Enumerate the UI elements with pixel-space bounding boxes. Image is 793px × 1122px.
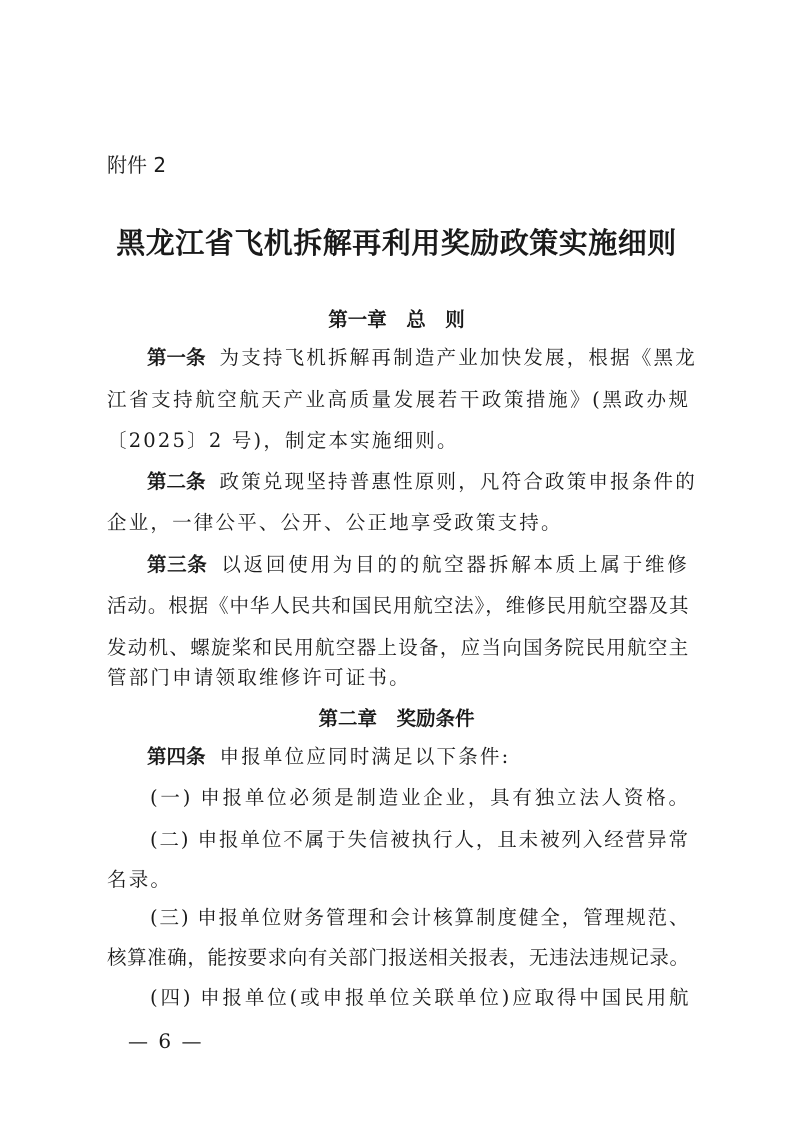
article-label: 第二条 [147, 470, 206, 493]
article-first-line: 第三条以返回使用为目的的航空器拆解本质上属于维修 [147, 553, 689, 577]
article-text: 以返回使用为目的的航空器拆解本质上属于维修 [221, 553, 689, 576]
article-label: 第四条 [147, 745, 206, 768]
article-line: 活动。根据《中华人民共和国民用航空法》，维修民用航空器及其 [107, 594, 689, 618]
article-line: 江省支持航空航天产业高质量发展若干政策措施》(黑政办规 [107, 388, 689, 412]
article-text: 政策兑现坚持普惠性原则，凡符合政策申报条件的 [220, 470, 697, 493]
article-first-line: 第二条政策兑现坚持普惠性原则，凡符合政策申报条件的 [147, 470, 689, 494]
condition-item-continued: 名录。 [107, 868, 689, 892]
article-text: 申报单位应同时满足以下条件: [220, 745, 511, 768]
article-line: 〔2025〕2 号)，制定本实施细则。 [107, 429, 689, 453]
article-line: 企业，一律公平、公开、公正地享受政策支持。 [107, 511, 689, 535]
condition-item: (一) 申报单位必须是制造业企业，具有独立法人资格。 [150, 786, 689, 810]
document-title: 黑龙江省飞机拆解再利用奖励政策实施细则 [0, 224, 793, 262]
article-first-line: 第一条为支持飞机拆解再制造产业加快发展，根据《黑龙 [147, 346, 689, 370]
condition-item: (二) 申报单位不属于失信被执行人，且未被列入经营异常 [150, 828, 689, 852]
article-line: 发动机、螺旋桨和民用航空器上设备，应当向国务院民用航空主 [107, 636, 689, 660]
chapter-heading: 第一章 总 则 [0, 307, 793, 333]
condition-item-continued: 核算准确，能按要求向有关部门报送相关报表，无违法违规记录。 [107, 946, 689, 970]
condition-item: (四) 申报单位(或申报单位关联单位)应取得中国民用航 [150, 986, 689, 1010]
article-label: 第三条 [147, 553, 207, 576]
chapter-heading: 第二章 奖励条件 [0, 706, 793, 732]
article-first-line: 第四条申报单位应同时满足以下条件: [147, 745, 689, 769]
article-line: 管部门申请领取维修许可证书。 [107, 666, 689, 690]
document-page: 附件 2 黑龙江省飞机拆解再利用奖励政策实施细则 第一章 总 则 第一条为支持飞… [0, 0, 793, 1122]
article-label: 第一条 [147, 346, 206, 369]
article-text: 为支持飞机拆解再制造产业加快发展，根据《黑龙 [220, 346, 697, 369]
condition-item: (三) 申报单位财务管理和会计核算制度健全，管理规范、 [150, 906, 689, 930]
page-number: — 6 — [128, 1028, 203, 1054]
annex-label: 附件 2 [107, 152, 166, 178]
